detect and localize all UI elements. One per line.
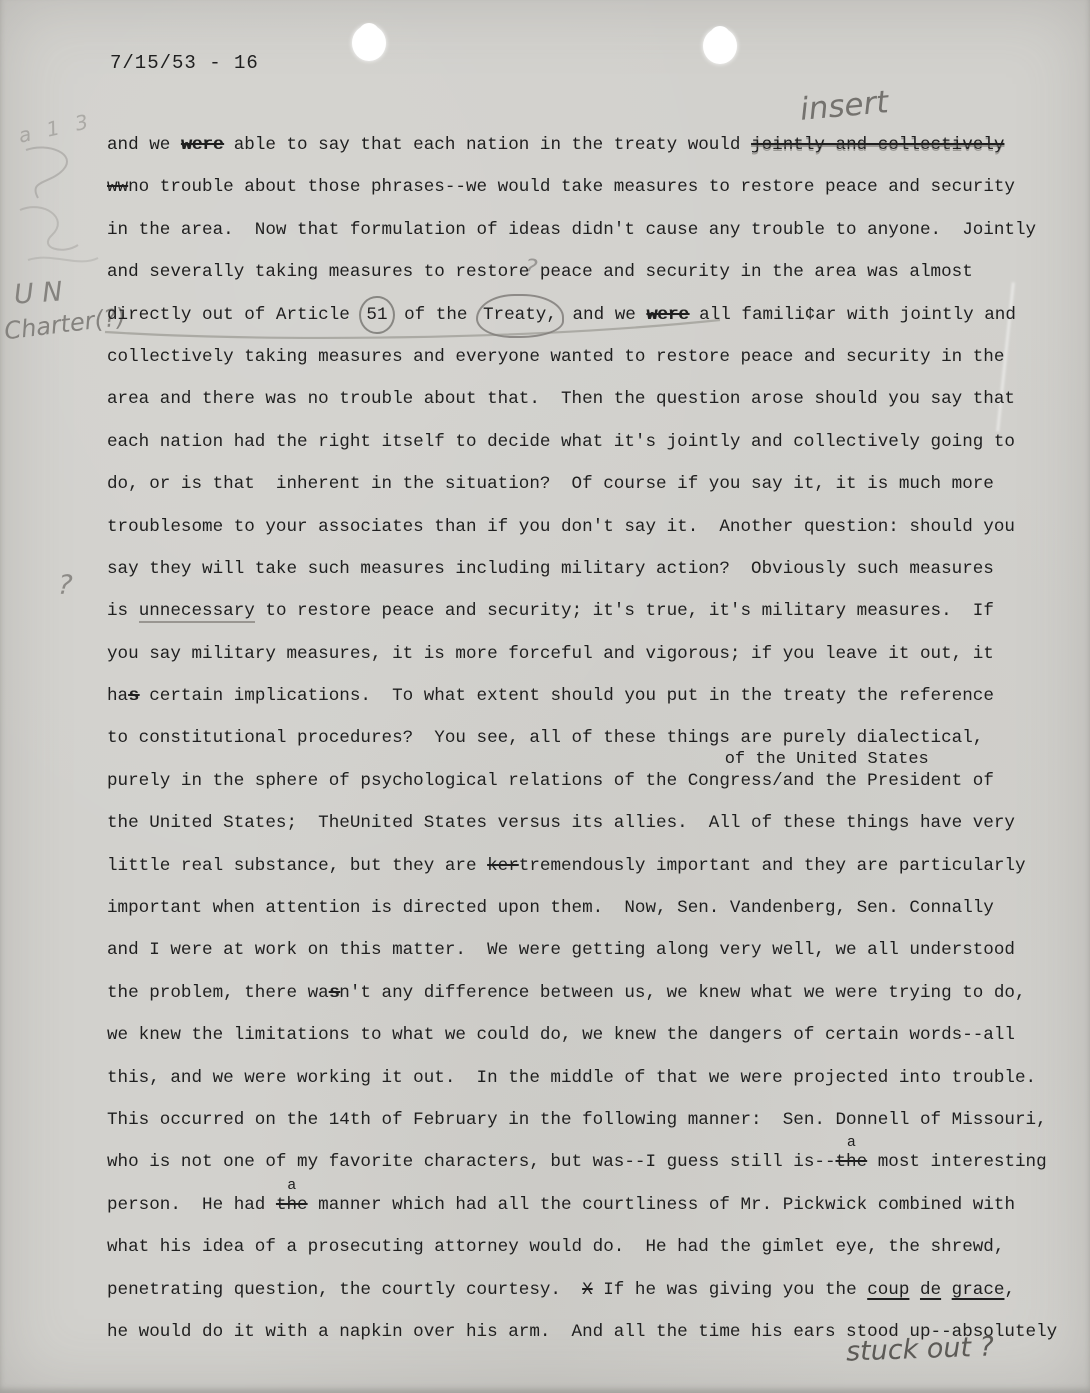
typed-text: and the President of [783, 771, 994, 791]
typed-line: wwno trouble about those phrases--we wou… [107, 166, 1057, 208]
handwritten-stuck-out-note: stuck out ? [846, 1331, 995, 1367]
typed-text: and severally taking measures to restore… [107, 262, 973, 282]
typed-text: in the area. Now that formulation of ide… [107, 220, 1036, 240]
typed-line: the United States; TheUnited States vers… [107, 802, 1057, 844]
typed-insertion-above: a [287, 1178, 296, 1193]
typed-text: penetrating question, the courtly courte… [107, 1280, 582, 1300]
typed-line: we knew the limitations to what we could… [107, 1014, 1057, 1056]
typed-text: to constitutional procedures? You see, a… [107, 728, 983, 748]
typed-text: what his idea of a prosecuting attorney … [107, 1237, 1004, 1257]
typed-text: , [1004, 1280, 1015, 1300]
typed-line: and severally taking measures to restore… [107, 251, 1057, 293]
typed-text: the United States; TheUnited States vers… [107, 813, 1015, 833]
typed-line: and I were at work on this matter. We we… [107, 929, 1057, 971]
typed-text: This occurred on the 14th of February in… [107, 1110, 1047, 1130]
typed-text: person. He had [107, 1195, 276, 1215]
typed-text: ha [107, 686, 128, 706]
typed-text: collectively taking measures and everyon… [107, 347, 1004, 367]
typed-text: no trouble about those phrases--we would… [128, 177, 1015, 197]
typed-text: this, and we were working it out. In the… [107, 1068, 1036, 1088]
typed-text: tremendously important and they are part… [519, 856, 1026, 876]
typed-text: the [836, 1152, 868, 1172]
typed-text: to restore peace and security; it's true… [255, 601, 994, 621]
typed-text: and I were at work on this matter. We we… [107, 940, 1015, 960]
typed-line: important when attention is directed upo… [107, 887, 1057, 929]
typed-text: area and there was no trouble about that… [107, 389, 1015, 409]
typed-text: coup [867, 1280, 909, 1300]
margin-question-mark: ? [57, 570, 73, 602]
typed-text: the [276, 1195, 308, 1215]
typed-line: has certain implications. To what extent… [107, 675, 1057, 717]
typed-line: little real substance, but they are kert… [107, 845, 1057, 887]
typed-text: n't any difference between us, we knew w… [339, 983, 1025, 1003]
typed-text: able to say that each nation in the trea… [223, 135, 751, 155]
typed-text: we knew the limitations to what we could… [107, 1025, 1015, 1045]
typed-line: purely in the sphere of psychological re… [107, 760, 1057, 802]
typed-line: area and there was no trouble about that… [107, 378, 1057, 420]
typed-body: and we were able to say that each nation… [107, 124, 1057, 1353]
typed-text: thea [836, 1152, 868, 1172]
typed-text [941, 1280, 952, 1300]
typed-text: grace [952, 1280, 1005, 1300]
typed-line: directly out of Article 51 of the Treaty… [107, 294, 1057, 336]
typed-line: person. He had thea manner which had all… [107, 1184, 1057, 1226]
typed-line: is unnecessary to restore peace and secu… [107, 590, 1057, 632]
typed-text: certain implications. To what extent sho… [139, 686, 994, 706]
typed-line: and we were able to say that each nation… [107, 124, 1057, 166]
handwritten-insert-note: insert [799, 84, 890, 128]
typed-insertion-above: of the United States [725, 751, 929, 768]
typed-text [909, 1280, 920, 1300]
typed-text: troublesome to your associates than if y… [107, 517, 1015, 537]
typed-text: do, or is that inherent in the situation… [107, 474, 994, 494]
typed-text: and the President ofof the United States [783, 771, 994, 791]
typed-text: you say military measures, it is more fo… [107, 644, 994, 664]
typed-text: little real substance, but they are [107, 856, 487, 876]
typed-text: s [329, 983, 340, 1003]
typed-text: ker [487, 856, 519, 876]
typed-line: do, or is that inherent in the situation… [107, 463, 1057, 505]
typed-text: most interesting [867, 1152, 1047, 1172]
typed-text: thea [276, 1195, 308, 1215]
typed-text: all famili¢ar with jointly and [689, 305, 1016, 325]
typed-text: de [920, 1280, 941, 1300]
typed-line: each nation had the right itself to deci… [107, 421, 1057, 463]
margin-pencil-scribble: a 1 3 [16, 108, 95, 147]
typed-line: penetrating question, the courtly courte… [107, 1269, 1057, 1311]
punch-hole [352, 25, 386, 61]
typed-text: X [582, 1280, 593, 1300]
typed-text: each nation had the right itself to deci… [107, 432, 1015, 452]
typed-line: This occurred on the 14th of February in… [107, 1099, 1057, 1141]
typed-text: 51 [359, 296, 394, 334]
margin-note-un: U N [13, 276, 64, 310]
page-date-header: 7/15/53 - 16 [110, 52, 259, 74]
typed-text: manner which had all the courtliness of … [308, 1195, 1015, 1215]
typed-text: say they will take such measures includi… [107, 559, 994, 579]
typed-text: Treaty, [476, 294, 564, 338]
punch-hole [703, 28, 737, 64]
typed-text: the problem, there wa [107, 983, 329, 1003]
typed-text: of the [394, 305, 478, 325]
typed-line: collectively taking measures and everyon… [107, 336, 1057, 378]
typed-text: and we [107, 135, 181, 155]
typed-text: were [646, 305, 688, 325]
typed-text: unnecessary [139, 601, 255, 623]
typed-line: the problem, there wasn't any difference… [107, 972, 1057, 1014]
typed-line: in the area. Now that formulation of ide… [107, 209, 1057, 251]
typed-text: If he was giving you the [593, 1280, 868, 1300]
typed-line: say they will take such measures includi… [107, 548, 1057, 590]
typed-text: were [181, 135, 223, 155]
typed-insertion-above: a [847, 1135, 856, 1150]
document-page: 7/15/53 - 16 insert a 1 3 U N Charter(?)… [0, 0, 1090, 1393]
typed-line: you say military measures, it is more fo… [107, 633, 1057, 675]
typed-text: important when attention is directed upo… [107, 898, 994, 918]
typed-line: troublesome to your associates than if y… [107, 506, 1057, 548]
typed-line: who is not one of my favorite characters… [107, 1141, 1057, 1183]
typed-text: ww [107, 177, 128, 197]
typed-text: s [128, 686, 139, 706]
typed-line: this, and we were working it out. In the… [107, 1057, 1057, 1099]
typed-text: who is not one of my favorite characters… [107, 1152, 836, 1172]
typed-line: what his idea of a prosecuting attorney … [107, 1226, 1057, 1268]
typed-text: purely in the sphere of psychological re… [107, 771, 783, 791]
typed-text: directly out of Article [107, 305, 360, 325]
typed-text: is [107, 601, 139, 621]
typed-text: and we [562, 305, 646, 325]
typed-text: jointly and collectively [751, 135, 1004, 155]
